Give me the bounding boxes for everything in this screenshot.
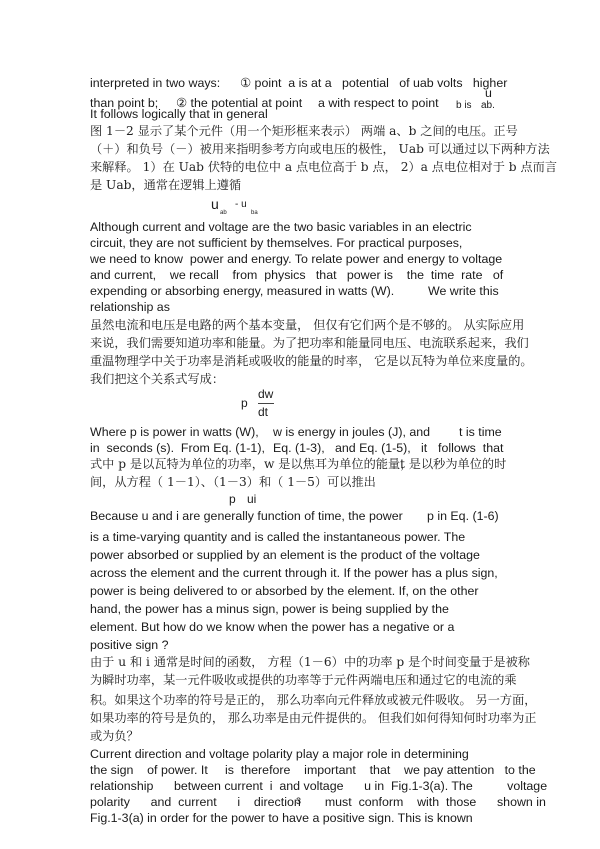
- text-line: Because u and i are generally function o…: [90, 509, 403, 524]
- text-line: 或为负？: [90, 729, 139, 744]
- text-line: Current direction and voltage polarity p…: [90, 747, 469, 762]
- eq-numerator: dw: [258, 387, 273, 401]
- text-line: 如果功率的符号是负的， 那么功率是由元件提供的。 但我们如何得知何时功率为正: [90, 711, 537, 726]
- text-line: 来解释。 1）在 Uab 伏特的电位中 a 点电位高于 b 点， 2）a 点电位…: [90, 160, 557, 175]
- text-line: b is: [456, 98, 472, 113]
- text-line: and current, we recall from physics that…: [90, 268, 503, 283]
- text-line: expending or absorbing energy, measured …: [90, 284, 394, 299]
- text-line: relationship as: [90, 300, 170, 315]
- text-line: 图 1－2 显示了某个元件（用一个矩形框来表示） 两端 a、b 之间的电压。正号: [90, 124, 518, 139]
- text-line: 为瞬时功率，某一元件吸收或提供的功率等于元件两端电压和通过它的电流的乘: [90, 673, 517, 688]
- text-line: in seconds (s). From Eq. (1-1),: [90, 441, 265, 456]
- text-line: w 是以焦耳为单位的能量，: [264, 457, 412, 472]
- eq-subscript: ba: [251, 210, 258, 216]
- text-line: 我们把这个关系式写成：: [90, 372, 224, 387]
- text-line: Where p is power in watts (W),: [90, 425, 259, 440]
- text-line: power absorbed or supplied by an element…: [90, 548, 480, 563]
- text-line: u: [485, 86, 492, 101]
- fraction-bar: [258, 403, 274, 404]
- eq-symbol: - u: [235, 199, 247, 210]
- text-line: Fig.1-3(a) in order for the power to hav…: [90, 811, 473, 826]
- page-number: 3: [296, 796, 301, 806]
- text-line: circuit, they are not sufficient by them…: [90, 236, 462, 251]
- text-line: hand, the power has a minus sign, power …: [90, 602, 449, 617]
- text-line: polarity and current i direction must co…: [90, 795, 546, 810]
- text-line: relationship between current i and volta…: [90, 779, 547, 794]
- text-line: t is time: [459, 425, 502, 440]
- text-line: a with respect to point: [318, 96, 439, 111]
- document-page: interpreted in two ways: ① point a is at…: [0, 0, 600, 849]
- text-line: （＋）和负号（－）被用来指明参考方向或电压的极性， Uab 可以通过以下两种方法: [90, 142, 550, 157]
- text-line: follows that: [438, 441, 503, 456]
- text-line: 式中 p 是以瓦特为单位的功率，: [90, 457, 264, 472]
- text-line: 积。如果这个功率的符号是正的， 那么功率向元件释放或被元件吸收。 另一方面，: [90, 693, 537, 708]
- text-line: the sign of power. It is therefore impor…: [90, 763, 536, 778]
- eq-symbol: u: [211, 196, 219, 212]
- text-line: is a time-varying quantity and is called…: [90, 530, 465, 545]
- text-line: across the element and the current throu…: [90, 566, 498, 581]
- text-line: p in Eq. (1-6): [427, 509, 499, 524]
- text-line: 是 Uab，通常在逻辑上遵循: [90, 178, 241, 193]
- text-line: element. But how do we know when the pow…: [90, 620, 454, 635]
- text-line: It follows logically that in general: [90, 107, 268, 122]
- eq-symbol: ui: [247, 492, 256, 506]
- text-line: Eq. (1-3), and Eq. (1-5), it: [273, 441, 427, 456]
- text-line: 来说，我们需要知道功率和能量。为了把功率和能量同电压、电流联系起来，我们: [90, 336, 529, 351]
- text-line: We write this: [428, 284, 499, 299]
- text-line: interpreted in two ways:: [90, 76, 220, 91]
- text-line: 间，从方程（ 1－1）、（1－3）和（ 1－5）可以推出: [90, 475, 376, 490]
- text-line: positive sign ?: [90, 638, 169, 653]
- text-line: w is energy in joules (J), and: [273, 425, 430, 440]
- eq-subscript: ab: [220, 210, 227, 216]
- text-line: 由于 u 和 i 通常是时间的函数， 方程（1－6）中的功率 p 是个时间变量于…: [90, 655, 530, 670]
- eq-symbol: p: [229, 492, 236, 506]
- text-line: t 是以秒为单位的时: [400, 457, 506, 472]
- text-line: we need to know power and energy. To rel…: [90, 252, 502, 267]
- eq-denominator: dt: [258, 405, 268, 419]
- eq-symbol: p: [241, 396, 248, 410]
- text-line: ① point a is at a potential of uab volts…: [240, 76, 507, 91]
- text-line: 重温物理学中关于功率是消耗或吸收的能量的时率， 它是以瓦特为单位来度量的。: [90, 354, 533, 369]
- text-line: 虽然电流和电压是电路的两个基本变量， 但仅有它们两个是不够的。 从实际应用: [90, 318, 524, 333]
- text-line: Although current and voltage are the two…: [90, 220, 472, 235]
- text-line: power is being delivered to or absorbed …: [90, 584, 478, 599]
